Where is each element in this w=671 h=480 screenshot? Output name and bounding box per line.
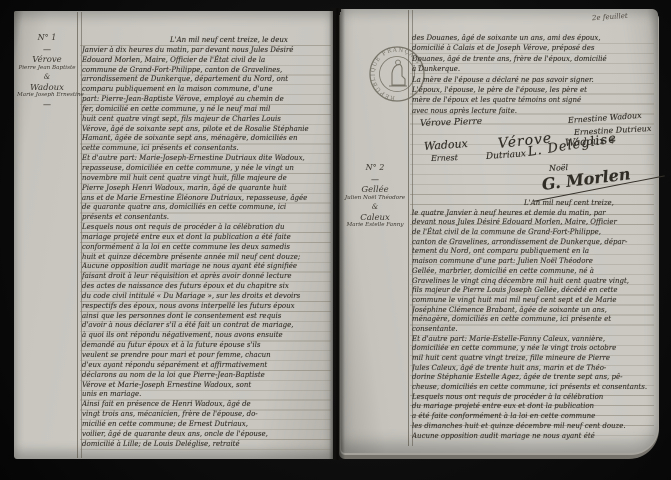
text-line: maison commune d'une part: Julien Noël T…: [412, 257, 655, 267]
text-line: du mariage projeté entre eux et dont la …: [412, 402, 655, 412]
text-line: d'avoir à nous déclarer s'il a été fait …: [82, 321, 332, 331]
margin-note-line: Pierre Jean Baptiste: [17, 65, 77, 72]
text-line: ainsi que les personnes dont le consente…: [82, 312, 332, 322]
act1-continuation-right-page: des Douanes, âgé de soixante un ans, ami…: [412, 33, 654, 116]
text-line: ans et de Marie Ernestine Éléonore Dutri…: [82, 194, 332, 204]
text-line: voilier, âgé de quarante deux ans, oncle…: [82, 430, 332, 440]
text-line: devant nous Jules Désiré Edouard Morlen,…: [412, 218, 655, 228]
register-scan: 2e feuillet RÉPUBLIQUE FRANÇAISE N° 1—Vé…: [0, 0, 671, 480]
margin-note-line: —: [342, 176, 408, 185]
text-line: comparu publiquement en la maison commun…: [82, 85, 332, 95]
margin-note-line: &: [342, 203, 408, 212]
text-line: consentante.: [412, 325, 655, 335]
text-line: ménagère, domiciliés en cette commune, i…: [412, 315, 655, 325]
text-line: du code civil intitulé « Du Mariage », s…: [82, 292, 332, 302]
text-line: huit cent quatre vingt sept, fils majeur…: [82, 115, 332, 125]
margin-note-line: &: [17, 73, 77, 82]
text-line: commune le vingt huit mai mil neuf cent …: [412, 296, 655, 306]
margin-note-line: Marie Joseph Ernestine: [17, 92, 77, 99]
text-line: unis en mariage.: [82, 390, 332, 400]
text-line: Ainsi fait en présence de Henri Wadoux, …: [82, 400, 332, 410]
text-line: de quarante quatre ans, domiciliés en ce…: [82, 203, 332, 213]
text-line: Et d'autre part: Marie-Estelle-Fanny Cal…: [412, 335, 655, 345]
text-line: conformément à la loi en cette commune l…: [82, 243, 332, 253]
text-line: Aucune opposition audit mariage ne nous …: [82, 262, 332, 272]
text-line: d'eux ayant répondu séparément et affirm…: [82, 361, 332, 371]
text-line: avec nous après lecture faite.: [412, 106, 654, 116]
text-line: L'An mil neuf cent treize, le deux: [82, 36, 332, 46]
text-line: présents et consentants.: [82, 213, 332, 223]
margin-note-line: —: [17, 101, 77, 110]
text-line: dorine Stéphanie Estelle Agez, âgée de t…: [412, 373, 655, 383]
text-line: Janvier à dix heures du matin, par devan…: [82, 46, 332, 56]
margin-note-line: Vérove: [17, 56, 77, 65]
text-line: huit et quinze décembre présente année m…: [82, 253, 332, 263]
text-line: les dimanches huit et quinze décembre mi…: [412, 422, 655, 432]
text-line: a été faite conformément à la loi en cet…: [412, 412, 655, 422]
text-line: respectifs des époux, nous avons interpe…: [82, 302, 332, 312]
text-line: le quatre Janvier à neuf heures et demie…: [412, 209, 655, 219]
margin-note-line: —: [17, 46, 77, 55]
text-line: vingt trois ans, mécanicien, frère de l'…: [82, 410, 332, 420]
text-line: Vérove, âgé de soixante sept ans, pilote…: [82, 125, 332, 135]
text-line: fils majeur de Pierre Louis Joseph Gellé…: [412, 286, 655, 296]
text-line: L'époux, l'épouse, le père de l'épouse, …: [412, 85, 654, 95]
text-line: Et d'autre part: Marie-Joseph-Ernestine …: [82, 154, 332, 164]
margin-note-line: N° 2: [342, 164, 408, 173]
text-line: faisant droit à leur réquisition et aprè…: [82, 272, 332, 282]
text-line: Pierre Joseph Henri Wadoux, marin, âgé d…: [82, 184, 332, 194]
text-line: domiciliée en cette commune, y née le vi…: [412, 344, 655, 354]
text-line: de l'État civil de la commune de Grand-F…: [412, 228, 655, 238]
margin-note-line: Marie Estelle Fanny: [342, 222, 408, 229]
text-line: part: Pierre-Jean-Baptiste Vérove, emplo…: [82, 95, 332, 105]
margin-note-line: Gellée: [342, 186, 408, 195]
text-line: Aucune opposition audit mariage ne nous …: [412, 432, 655, 442]
act2-body-right-page: L'An mil neuf cent treize,le quatre Janv…: [412, 199, 655, 441]
text-line: Lesquels nous ont requis de procéder à l…: [412, 393, 655, 403]
text-line: Jules Caleux, âgé de trente huit ans, ma…: [412, 364, 655, 374]
margin-note-act1: N° 1—VérovePierre Jean Baptiste&WadouxMa…: [17, 34, 77, 111]
text-line: La mère de l'épouse a déclaré ne pas sav…: [412, 75, 654, 85]
text-line: Edouard Morlen, Maire, Officier de l'Éta…: [82, 56, 332, 66]
text-line: L'An mil neuf cent treize,: [412, 199, 655, 209]
text-line: arrondissement de Dunkerque, département…: [82, 75, 332, 85]
text-line: cette commune, ici présents et consentan…: [82, 144, 332, 154]
text-line: canton de Gravelines, arrondissement de …: [412, 238, 655, 248]
margin-note-act2: N° 2—GelléeJulien Noël Théodore&CaleuxMa…: [342, 164, 408, 229]
text-line: des Douanes, âgé de soixante un ans, ami…: [412, 33, 654, 43]
text-line: commune de Grand-Fort-Philippe, canton d…: [82, 66, 332, 76]
text-line: mariage projeté entre eux et dont la pub…: [82, 233, 332, 243]
text-line: fer, domicilié en cette commune, y né le…: [82, 105, 332, 115]
text-line: mil huit cent quatre vingt treize, fille…: [412, 354, 655, 364]
text-line: domicilié à Lille; de Louis Deléglise, r…: [82, 440, 332, 450]
text-line: cheuse, domiciliés en cette commune, ici…: [412, 383, 655, 393]
text-line: Hamant, âgée de soixante sept ans, ménag…: [82, 134, 332, 144]
text-line: déclarons au nom de la loi que Pierre-Je…: [82, 371, 332, 381]
margin-note-line: Julien Noël Théodore: [342, 195, 408, 202]
margin-note-line: N° 1: [17, 34, 77, 43]
text-line: novembre mil huit cent quatre vingt huit…: [82, 174, 332, 184]
text-line: Lesquels nous ont requis de procéder à l…: [82, 223, 332, 233]
text-line: Gravelines le vingt cinq décembre mil hu…: [412, 277, 655, 287]
text-line: domicilié à Calais et de Joseph Vérove, …: [412, 43, 654, 53]
text-line: mère de l'époux et les quatre témoins on…: [412, 95, 654, 105]
text-line: des actes de naissance des futurs époux …: [82, 282, 332, 292]
text-line: repasseuse, domiciliée en cette commune,…: [82, 164, 332, 174]
text-line: tement du Nord, ont comparu publiquement…: [412, 247, 655, 257]
text-line: veulent se prendre pour mari et pour fem…: [82, 351, 332, 361]
text-line: à Dunkerque.: [412, 64, 654, 74]
text-line: Joséphine Clémence Brabant, âgée de soix…: [412, 306, 655, 316]
text-line: Douanes, âgé de trente ans, frère de l'é…: [412, 54, 654, 64]
margin-note-line: Wadoux: [17, 84, 77, 93]
text-line: Gellée, marbrier, domicilié en cette com…: [412, 267, 655, 277]
text-line: demandé au futur époux et à la future ép…: [82, 341, 332, 351]
margin-note-line: Caleux: [342, 214, 408, 223]
act1-body-left-page: L'An mil neuf cent treize, le deuxJanvie…: [82, 36, 332, 449]
text-line: micilié en cette commune; de Ernest Dutr…: [82, 420, 332, 430]
text-line: à quoi ils ont répondu négativement, nou…: [82, 331, 332, 341]
text-line: Vérove et Marie-Joseph Ernestine Wadoux,…: [82, 381, 332, 391]
